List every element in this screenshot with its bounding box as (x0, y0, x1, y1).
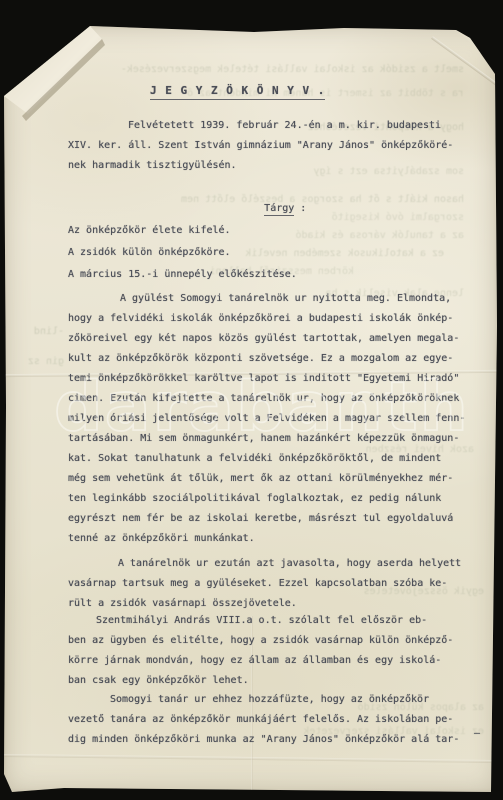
text-line: milyen óriási jelentősége volt a Felvidé… (68, 409, 470, 429)
text-line: Felvétetett 1939. február 24.-én a m. ki… (68, 116, 470, 136)
text-line: kult az önképzőkörök központi szövetsége… (68, 349, 470, 369)
text-line: temi önképzőkörökkel karöltve lapot is i… (68, 369, 470, 389)
photo-background: smelt a zsidók az iskolai vallási tétele… (0, 0, 503, 800)
text-line: Az önképzőkör élete kifelé. (68, 220, 470, 242)
text-line: Szentmihályi András VIII.a o.t. szólalt … (68, 611, 470, 631)
text-line: dig minden önképzőköri munka az "Arany J… (68, 730, 470, 750)
text-line: egyrészt nem fér be az iskolai keretbe, … (68, 509, 470, 529)
text-line: A gyülést Somogyi tanárelnök ur nyitotta… (68, 289, 470, 309)
text-line: XIV. ker. áll. Szent István gimnázium "A… (68, 136, 470, 156)
subject-heading-word: Tárgy (264, 203, 294, 216)
text-line: ten leginkább szociálpolitikával foglalk… (68, 489, 470, 509)
document-title: J E G Y Z Ö K Ö N Y V . (150, 84, 325, 100)
text-line: hogy a felvidéki iskolák önképzőkörei a … (68, 309, 470, 329)
text-line: cimen. Ezután kifejtette a tanárelnök ur… (68, 389, 470, 409)
margin-dash-mark: – (474, 724, 480, 744)
text-line: még sem vehetünk át tőlük, mert ők az ot… (68, 469, 470, 489)
text-line: tartásában. Mi sem önmagunkért, hanem ha… (68, 429, 470, 449)
text-line: tenné az önképzőköri munkánkat. (68, 529, 470, 549)
subject-heading-colon: : (294, 203, 306, 214)
text-line: ban csak egy önképzőkör lehet. (68, 671, 470, 691)
agenda-list: Az önképzőkör élete kifelé.A zsidók külö… (68, 220, 470, 286)
text-line: ben az ügyben és elitélte, hogy a zsidók… (68, 631, 470, 651)
text-line: kat. Sokat tanulhatunk a felvidéki önkép… (68, 449, 470, 469)
text-line: körre járnak mondván, hogy ez állam az á… (68, 651, 470, 671)
body-paragraph-2: A tanárelnök ur ezután azt javasolta, ho… (68, 554, 470, 614)
text-line: vasárnap tartsuk meg a gyüléseket. Ezzel… (68, 574, 470, 594)
body-paragraph-3: Szentmihályi András VIII.a o.t. szólalt … (68, 611, 470, 691)
text-line: A tanárelnök ur ezután azt javasolta, ho… (68, 554, 470, 574)
body-paragraph-1: A gyülést Somogyi tanárelnök ur nyitotta… (68, 289, 470, 549)
text-line: Somogyi tanár ur ehhez hozzáfüzte, hogy … (68, 690, 470, 710)
text-line: vezető tanára az önképzőkör munkájáért f… (68, 710, 470, 730)
text-line: nek harmadik tisztigyülésén. (68, 156, 470, 176)
typed-text-layer: J E G Y Z Ö K Ö N Y V . Felvétetett 1939… (4, 26, 497, 792)
text-line: A március 15.-i ünnepély előkészitése. (68, 264, 470, 286)
text-line: zőköreivel egy két napos közös gyülést t… (68, 329, 470, 349)
intro-paragraph: Felvétetett 1939. február 24.-én a m. ki… (68, 116, 470, 176)
paper: smelt a zsidók az iskolai vallási tétele… (4, 26, 497, 792)
text-line: A zsidók külön önképzőköre. (68, 242, 470, 264)
body-paragraph-4: Somogyi tanár ur ehhez hozzáfüzte, hogy … (68, 690, 470, 750)
